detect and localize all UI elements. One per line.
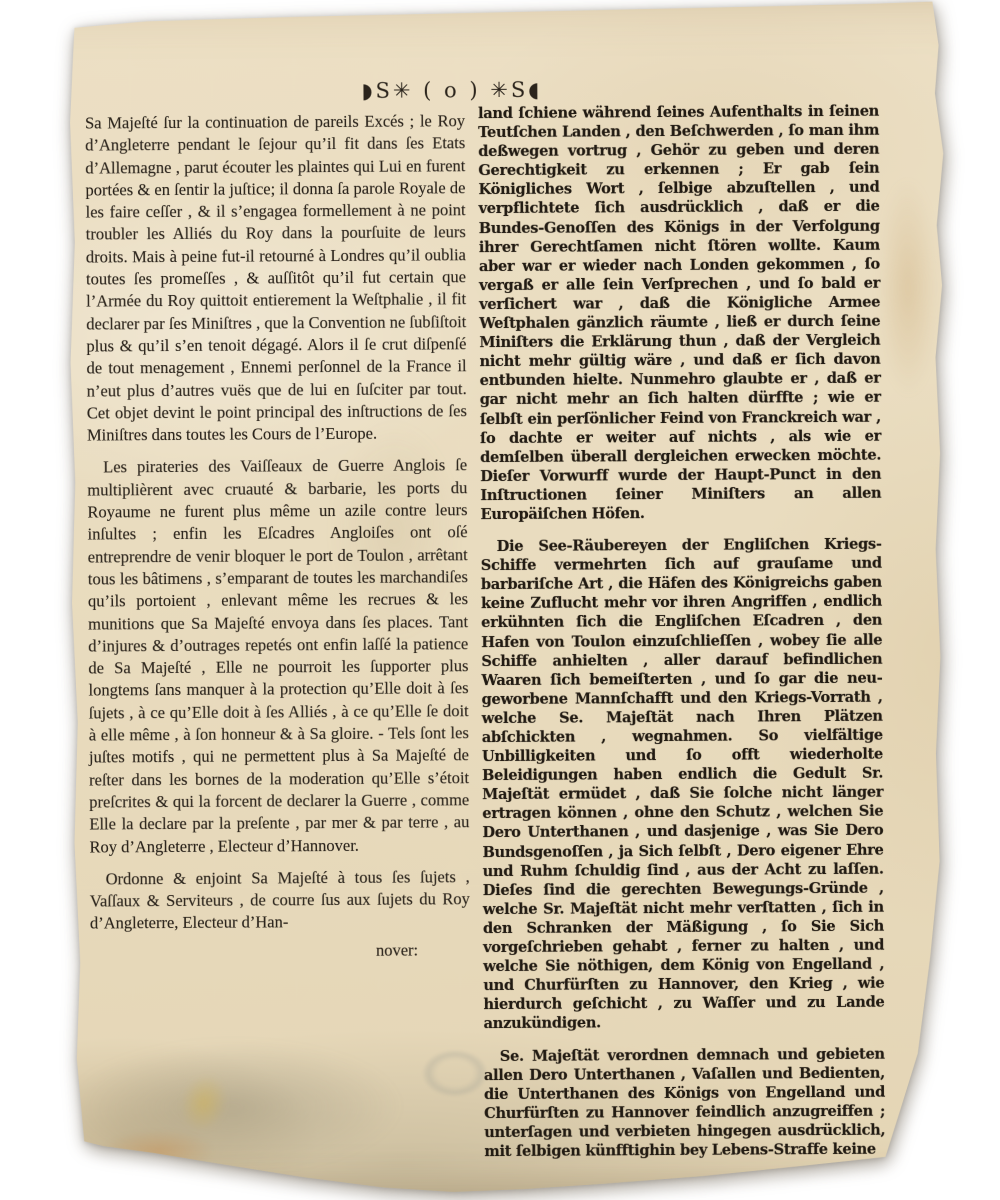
yellow-stain [173, 1068, 234, 1137]
french-paragraph-3: Ordonne & enjoint Sa Majeſté à tous ſes … [90, 866, 470, 935]
bottom-edge-smudge [63, 1041, 404, 1173]
german-paragraph-2: Die See-Räubereyen der Engliſchen Kriegs… [481, 535, 885, 1034]
ring-stain [423, 1050, 487, 1096]
header-ornament: ◗S✳ ( o ) ✳S◖ [0, 76, 907, 106]
tan-stain [103, 1130, 213, 1173]
german-catchword: Gemein- [484, 1165, 885, 1187]
french-column: Sa Majeſté ſur la continuation de pareil… [85, 110, 470, 963]
french-paragraph-1: Sa Majeſté ſur la continuation de pareil… [85, 110, 467, 447]
document-page: ◗S✳ ( o ) ✳S◖ Sa Majeſté ſur la continua… [0, 0, 1000, 1200]
foxing-stain [877, 177, 938, 397]
german-paragraph-3: Se. Majeſtät verordnen demnach und gebie… [484, 1044, 886, 1161]
paper-sheet: ◗S✳ ( o ) ✳S◖ Sa Majeſté ſur la continua… [0, 0, 1000, 1200]
french-paragraph-2: Les pirateries des Vaiſſeaux de Guerre A… [87, 455, 469, 859]
french-catchword: nover: [90, 939, 470, 964]
german-paragraph-1: land ſchiene während ſeines Aufenthalts … [478, 102, 882, 525]
scanned-document-scene: ◗S✳ ( o ) ✳S◖ Sa Majeſté ſur la continua… [0, 0, 1000, 1200]
german-column: land ſchiene während ſeines Aufenthalts … [478, 102, 886, 1187]
